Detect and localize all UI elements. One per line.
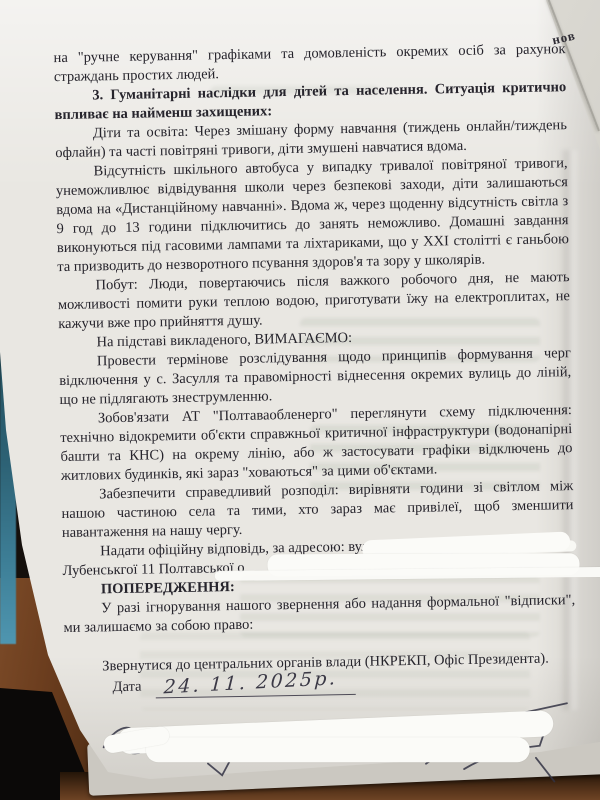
document-text: на "ручне керування" графіками та домовл… bbox=[0, 0, 600, 800]
date-label: Дата bbox=[112, 679, 141, 696]
date-underline: 24. 11. 2025р. bbox=[155, 672, 355, 698]
signature-area bbox=[65, 695, 579, 800]
demand-investigation: Провести термінове розслідування щодо пр… bbox=[59, 344, 572, 410]
demand-poltavaoblenergo: Зобов'язати АТ "Полтаваобленерго" перегл… bbox=[60, 401, 573, 486]
paragraph-school-bus: Відсутність шкільного автобуса у випадку… bbox=[55, 154, 569, 277]
warning-text: У разі ігнорування нашого звернення або … bbox=[63, 591, 576, 638]
whiteout-redaction-signature bbox=[146, 737, 530, 762]
paragraph-household: Побут: Люди, повертаючись після важкого … bbox=[57, 268, 570, 334]
photo-scene: нов на "ручне керування" графіками та до… bbox=[0, 0, 600, 800]
demand-fair-distribution: Забезпечити справедливий розподіл: вирів… bbox=[61, 477, 574, 543]
